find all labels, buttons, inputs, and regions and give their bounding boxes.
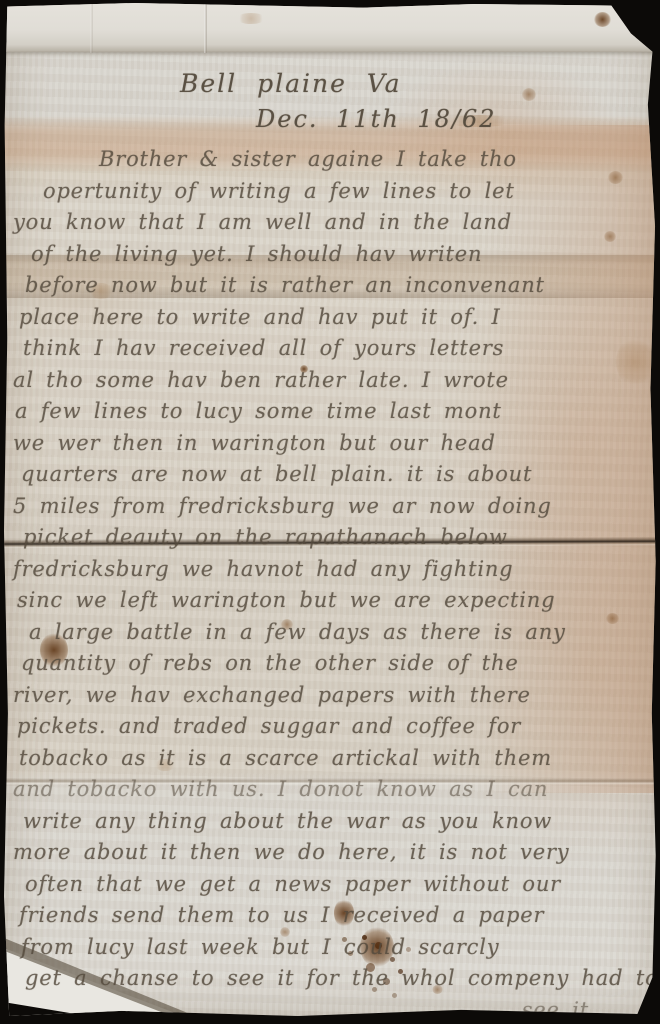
letter-line: pickets. and traded suggar and coffee fo… bbox=[17, 711, 659, 743]
letter-line: picket deauty on the rapathanach below bbox=[23, 522, 659, 554]
fold-crease-vertical bbox=[204, 4, 207, 53]
letter-line: friends send them to us I received a pap… bbox=[19, 900, 659, 932]
letter-place-line: Bell plaine Va bbox=[180, 69, 402, 98]
letter-line: a few lines to lucy some time last mont bbox=[15, 396, 659, 428]
stain bbox=[594, 12, 611, 27]
letter-line: sinc we left warington but we are expect… bbox=[17, 585, 659, 617]
letter-line: quantity of rebs on the other side of th… bbox=[21, 648, 659, 680]
letter-line: of the living yet. I should hav writen bbox=[31, 239, 659, 271]
letter-paper: Bell plaine Va Dec. 11th 18/62 Brother &… bbox=[4, 3, 657, 1018]
letter-line: write any thing about the war as you kno… bbox=[23, 806, 659, 838]
letter-line: Brother & sister againe I take tho bbox=[99, 144, 659, 176]
letter-line: from lucy last week but I could scarcly bbox=[21, 932, 659, 964]
letter-line: often that we get a news paper without o… bbox=[25, 869, 659, 901]
letter-line: more about it then we do here, it is not… bbox=[13, 837, 659, 869]
letter-line: place here to write and hav put it of. I bbox=[19, 302, 659, 334]
letter-line: river, we hav exchanged papers with ther… bbox=[13, 680, 659, 712]
letter-line: quarters are now at bell plain. it is ab… bbox=[21, 459, 659, 491]
letter-scan: Bell plaine Va Dec. 11th 18/62 Brother &… bbox=[0, 0, 660, 1024]
letter-line: fredricksburg we havnot had any fighting bbox=[13, 554, 659, 586]
letter-line: and tobacko with us. I donot know as I c… bbox=[13, 774, 659, 806]
letter-line: see it bbox=[13, 995, 589, 1024]
top-fold-strip bbox=[4, 3, 657, 52]
letter-line: get a chanse to see it for the whol comp… bbox=[25, 963, 659, 995]
letter-line: tobacko as it is a scarce artickal with … bbox=[19, 743, 659, 775]
stain bbox=[522, 88, 536, 101]
letter-line: we wer then in warington but our head bbox=[13, 428, 659, 460]
letter-line: opertunity of writing a few lines to let bbox=[43, 176, 659, 208]
stain bbox=[236, 13, 266, 24]
letter-body: Brother & sister againe I take tho opert… bbox=[13, 144, 659, 1024]
letter-line: before now but it is rather an inconvena… bbox=[25, 270, 659, 302]
letter-date-line: Dec. 11th 18/62 bbox=[256, 105, 497, 133]
letter-line: you know that I am well and in the land bbox=[13, 207, 659, 239]
letter-line: think I hav received all of yours letter… bbox=[23, 333, 659, 365]
letter-line: al tho some hav ben rather late. I wrote bbox=[13, 365, 659, 397]
letter-line: a large battle in a few days as there is… bbox=[29, 617, 659, 649]
letter-line: 5 miles from fredricksburg we ar now doi… bbox=[13, 491, 659, 523]
fold-crease-vertical bbox=[90, 4, 93, 53]
